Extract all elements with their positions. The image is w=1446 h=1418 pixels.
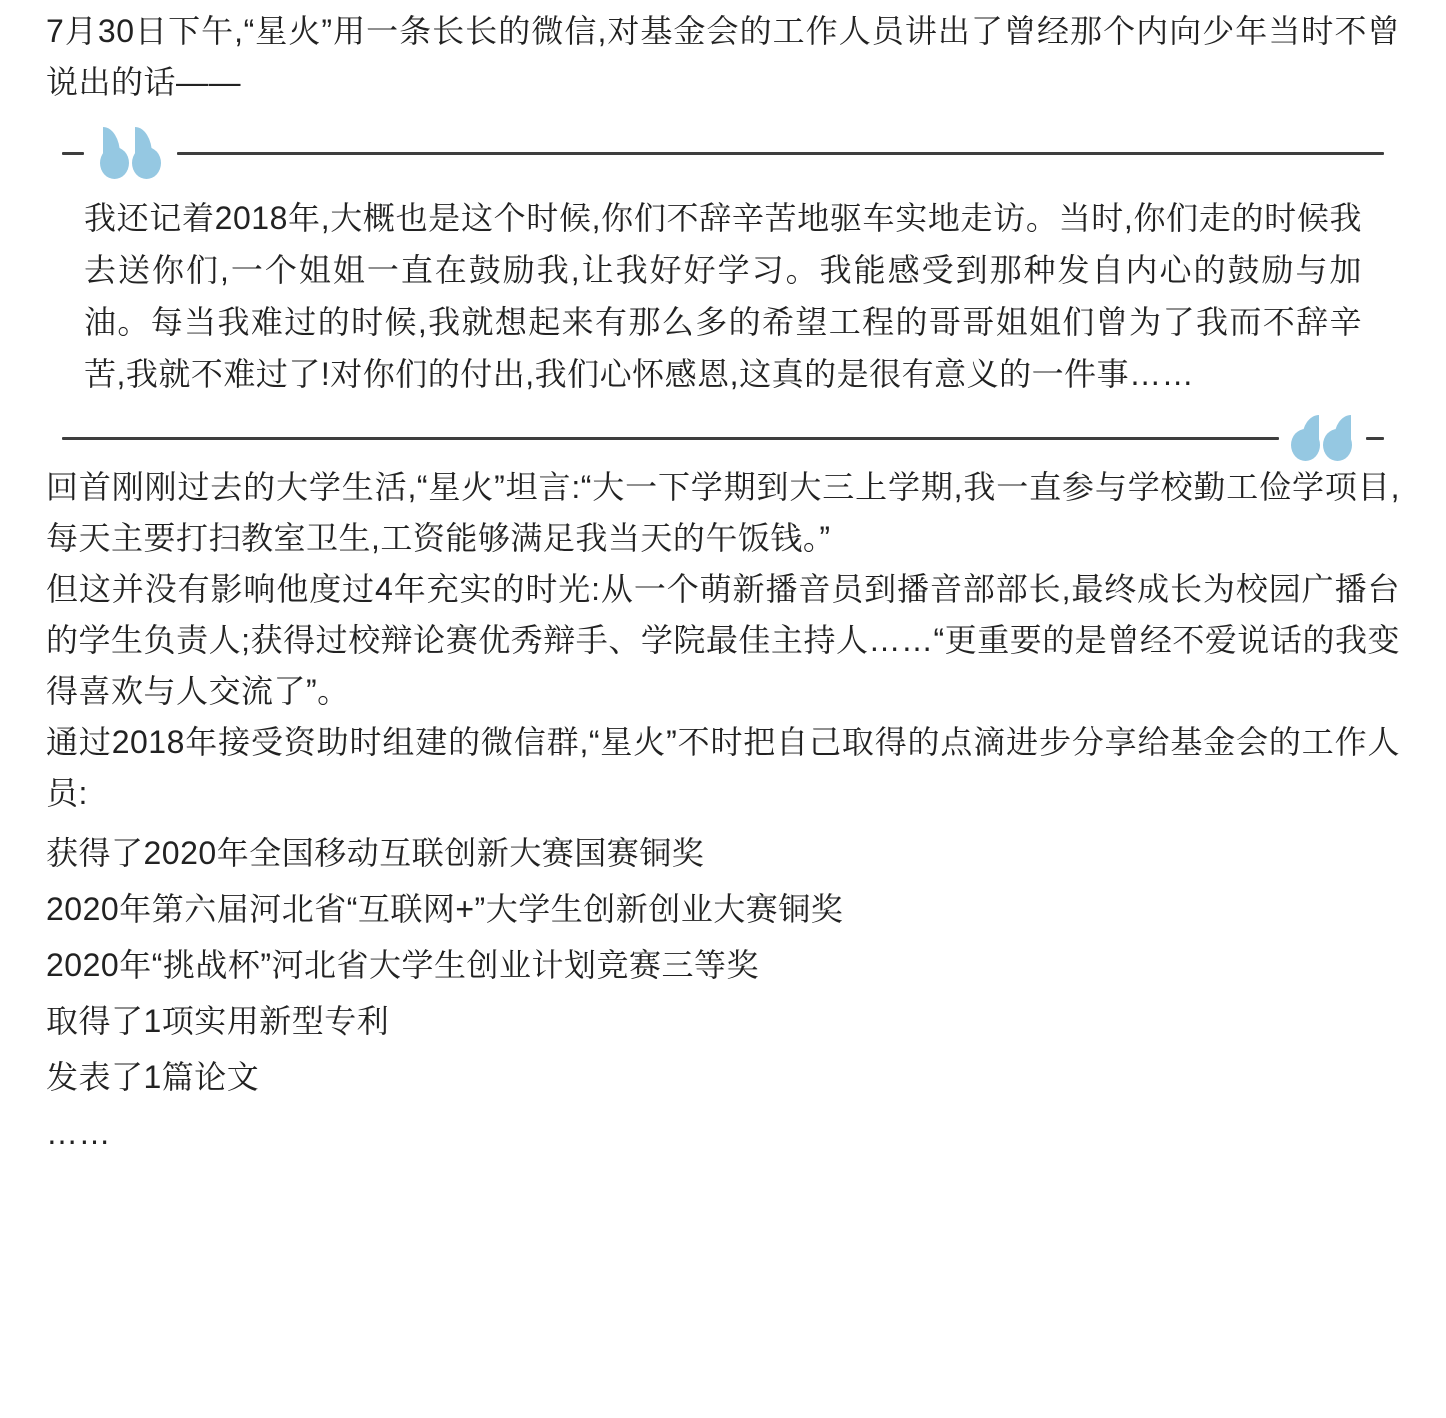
open-quote-mark-icon	[132, 127, 162, 179]
quote-rule-long-left	[62, 437, 1279, 440]
quote-block: 我还记着2018年,大概也是这个时候,你们不辞辛苦地驱车实地走访。当时,你们走的…	[46, 126, 1400, 462]
achievement-item: 获得了2020年全国移动互联创新大赛国赛铜奖	[46, 828, 1400, 879]
close-quote-mark-icon	[1323, 415, 1353, 461]
achievement-item: 2020年“挑战杯”河北省大学生创业计划竞赛三等奖	[46, 940, 1400, 991]
achievement-item: 取得了1项实用新型专利	[46, 996, 1400, 1047]
ellipsis-line: ……	[46, 1108, 1400, 1159]
quote-open-separator	[46, 126, 1400, 180]
close-quote-mark-icon	[1291, 415, 1321, 461]
achievement-list: 获得了2020年全国移动互联创新大赛国赛铜奖 2020年第六届河北省“互联网+”…	[46, 828, 1400, 1103]
article-page: 7月30日下午,“星火”用一条长长的微信,对基金会的工作人员讲出了曾经那个内向少…	[0, 0, 1446, 1418]
open-quote-mark-icon	[100, 127, 130, 179]
intro-paragraph: 7月30日下午,“星火”用一条长长的微信,对基金会的工作人员讲出了曾经那个内向少…	[46, 6, 1400, 108]
quote-text: 我还记着2018年,大概也是这个时候,你们不辞辛苦地驱车实地走访。当时,你们走的…	[46, 192, 1400, 400]
quote-rule-long-right	[177, 152, 1384, 155]
close-quote-icon	[1291, 415, 1355, 461]
quote-rule-short-left	[62, 152, 84, 155]
open-quote-icon	[100, 127, 164, 179]
quote-close-separator	[46, 414, 1400, 462]
paragraph-campus-growth: 但这并没有影响他度过4年充实的时光:从一个萌新播音员到播音部部长,最终成长为校园…	[46, 564, 1400, 717]
quote-rule-short-right	[1366, 437, 1384, 440]
achievement-item: 2020年第六届河北省“互联网+”大学生创新创业大赛铜奖	[46, 884, 1400, 935]
paragraph-college-life: 回首刚刚过去的大学生活,“星火”坦言:“大一下学期到大三上学期,我一直参与学校勤…	[46, 462, 1400, 564]
achievement-item: 发表了1篇论文	[46, 1052, 1400, 1103]
paragraph-wechat-group: 通过2018年接受资助时组建的微信群,“星火”不时把自己取得的点滴进步分享给基金…	[46, 717, 1400, 819]
